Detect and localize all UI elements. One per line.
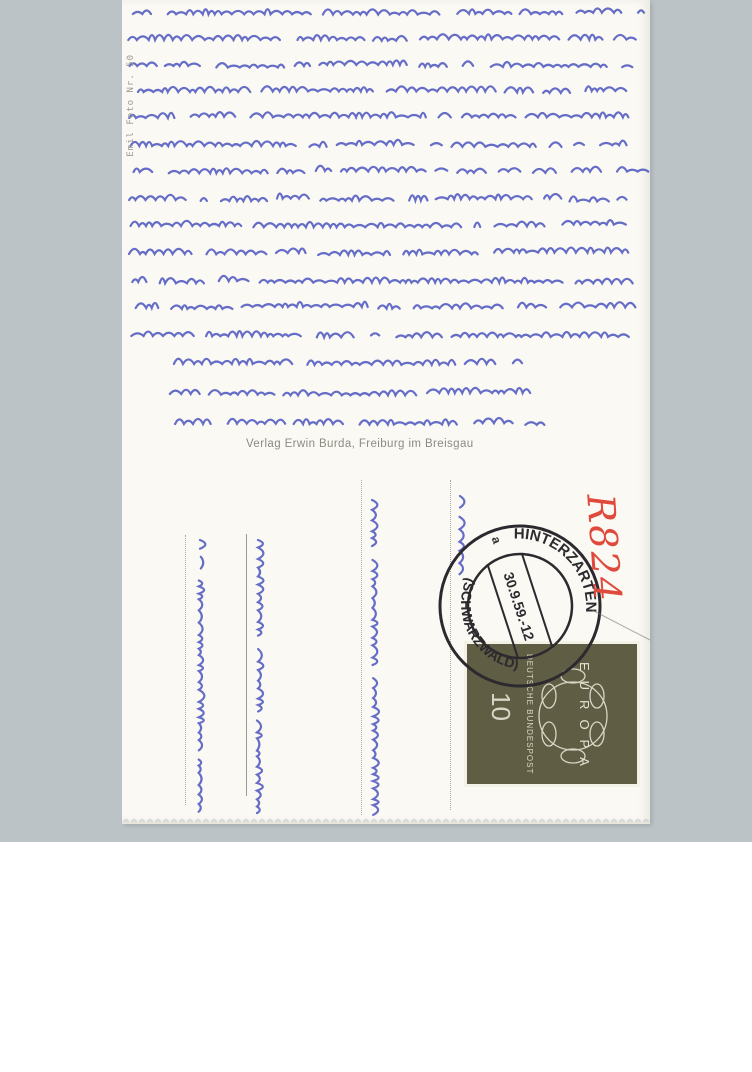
pencil-stroke [122,0,650,822]
postcard-back: Emil Foto Nr. 50 Verlag Erwin Burda, Fre… [122,0,650,824]
